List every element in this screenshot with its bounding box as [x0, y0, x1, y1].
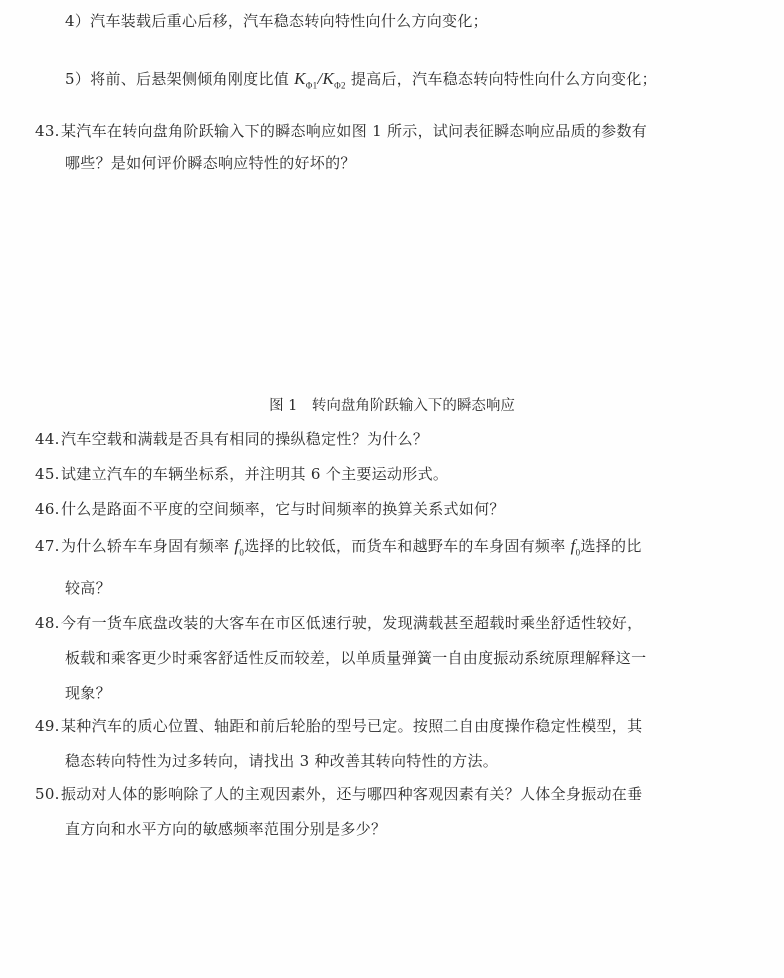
question-text: 今有一货车底盘改装的大客车在市区低速行驶，发现满载甚至超载时乘坐舒适性较好， [61, 614, 642, 632]
question-43-cont: 哪些？是如何评价瞬态响应特性的好坏的？ [65, 152, 356, 173]
question-48-cont-2: 现象？ [65, 682, 111, 703]
natural-frequency-symbol: f0 [571, 536, 581, 555]
question-text: 现象？ [65, 684, 111, 702]
question-text: 某汽车在转向盘角阶跃输入下的瞬态响应如图 1 所示，试问表征瞬态响应品质的参数有 [61, 122, 647, 140]
question-text: 试建立汽车的车辆坐标系，并注明其 6 个主要运动形式。 [61, 465, 448, 483]
question-number: 50. [35, 785, 61, 803]
question-number: 46. [35, 500, 61, 518]
subitem-text: 将前、后悬架侧倾角刚度比值 [90, 70, 294, 88]
question-text: 选择的比 [580, 537, 641, 555]
question-number: 49. [35, 717, 61, 735]
question-47: 47.为什么轿车车身固有频率 f0选择的比较低，而货车和越野车的车身固有频率 f… [35, 535, 642, 557]
question-49: 49.某种汽车的质心位置、轴距和前后轮胎的型号已定。按照二自由度操作稳定性模型，… [35, 715, 642, 736]
question-text: 板载和乘客更少时乘客舒适性反而较差，以单质量弹簧一自由度振动系统原理解释这一 [65, 649, 646, 667]
question-number: 47. [35, 537, 61, 555]
question-48: 48.今有一货车底盘改装的大客车在市区低速行驶，发现满载甚至超载时乘坐舒适性较好… [35, 612, 642, 633]
question-text: 汽车空载和满载是否具有相同的操纵稳定性？为什么？ [61, 430, 428, 448]
subitem-label: 5） [65, 70, 90, 88]
subitem-text: 汽车装载后重心后移，汽车稳态转向特性向什么方向变化； [90, 12, 488, 30]
subitem-5: 5）将前、后悬架侧倾角刚度比值 KΦ1/KΦ2 提高后，汽车稳态转向特性向什么方… [65, 68, 657, 90]
question-43: 43.某汽车在转向盘角阶跃输入下的瞬态响应如图 1 所示，试问表征瞬态响应品质的… [35, 120, 647, 141]
question-50: 50.振动对人体的影响除了人的主观因素外，还与哪四种客观因素有关？人体全身振动在… [35, 783, 642, 804]
question-text: 什么是路面不平度的空间频率，它与时间频率的换算关系式如何？ [61, 500, 505, 518]
question-number: 44. [35, 430, 61, 448]
question-text: 振动对人体的影响除了人的主观因素外，还与哪四种客观因素有关？人体全身振动在垂 [61, 785, 642, 803]
question-text: 稳态转向特性为过多转向，请找出 3 种改善其转向特性的方法。 [65, 752, 498, 770]
subitem-4: 4）汽车装载后重心后移，汽车稳态转向特性向什么方向变化； [65, 10, 488, 31]
figure-caption: 图 1 转向盘角阶跃输入下的瞬态响应 [0, 394, 784, 415]
subitem-label: 4） [65, 12, 90, 30]
question-text: 较高？ [65, 579, 111, 597]
question-text: 直方向和水平方向的敏感频率范围分别是多少？ [65, 820, 386, 838]
question-text: 某种汽车的质心位置、轴距和前后轮胎的型号已定。按照二自由度操作稳定性模型，其 [61, 717, 642, 735]
question-50-cont: 直方向和水平方向的敏感频率范围分别是多少？ [65, 818, 386, 839]
subitem-text: 提高后，汽车稳态转向特性向什么方向变化； [346, 70, 657, 88]
question-text: 哪些？是如何评价瞬态响应特性的好坏的？ [65, 154, 356, 172]
question-number: 43. [35, 122, 61, 140]
question-45: 45.试建立汽车的车辆坐标系，并注明其 6 个主要运动形式。 [35, 463, 448, 484]
question-48-cont-1: 板载和乘客更少时乘客舒适性反而较差，以单质量弹簧一自由度振动系统原理解释这一 [65, 647, 646, 668]
question-number: 48. [35, 614, 61, 632]
figure-1-area [120, 175, 660, 380]
question-47-cont: 较高？ [65, 577, 111, 598]
question-46: 46.什么是路面不平度的空间频率，它与时间频率的换算关系式如何？ [35, 498, 505, 519]
stiffness-ratio-formula: KΦ1/KΦ2 [294, 69, 346, 88]
question-44: 44.汽车空载和满载是否具有相同的操纵稳定性？为什么？ [35, 428, 428, 449]
question-49-cont: 稳态转向特性为过多转向，请找出 3 种改善其转向特性的方法。 [65, 750, 498, 771]
natural-frequency-symbol: f0 [234, 536, 244, 555]
question-number: 45. [35, 465, 61, 483]
question-text: 选择的比较低，而货车和越野车的车身固有频率 [244, 537, 570, 555]
question-text: 为什么轿车车身固有频率 [61, 537, 234, 555]
